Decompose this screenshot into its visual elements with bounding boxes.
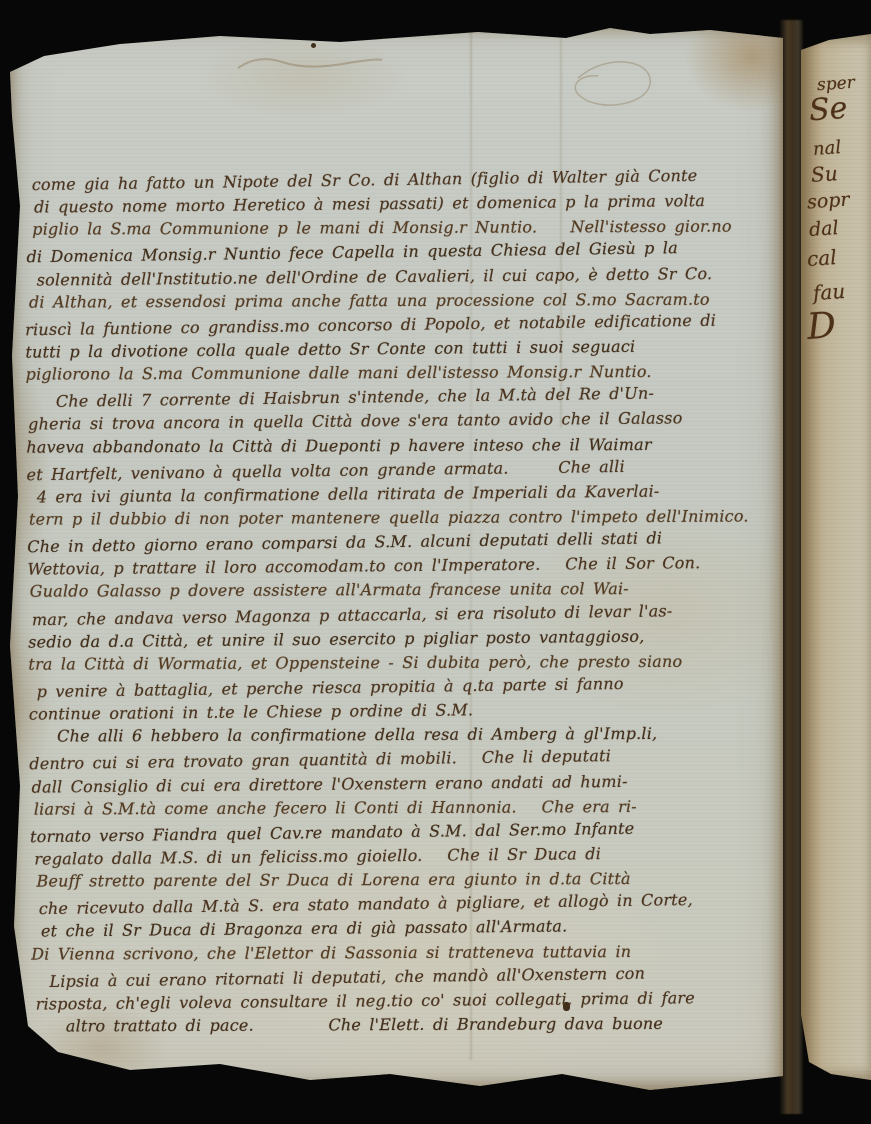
page-fragment: dal xyxy=(808,217,839,241)
page-fragment: Su xyxy=(810,161,838,187)
ink-blot xyxy=(311,43,316,48)
page-fragment: fau xyxy=(812,279,846,305)
manuscript-text: come gia ha fatto un Nipote del Sr Co. d… xyxy=(24,164,785,1076)
page-fold xyxy=(779,20,803,1114)
ink-blot xyxy=(293,32,301,41)
manuscript-line: altro trattato di pace. Che l'Elett. di … xyxy=(32,1011,784,1038)
ink-showthrough xyxy=(188,38,668,128)
page-fragment: Se xyxy=(808,91,849,129)
manuscript-photo: { "colors": { "background": "#070707", "… xyxy=(0,0,871,1124)
page-fragment: sopr xyxy=(806,189,850,214)
adjacent-page: sper Se nal Su sopr dal cal fau D xyxy=(801,34,871,1080)
page-fragment: cal xyxy=(806,245,837,271)
page-fragment: D xyxy=(806,305,838,348)
page-fragment: nal xyxy=(812,137,841,160)
